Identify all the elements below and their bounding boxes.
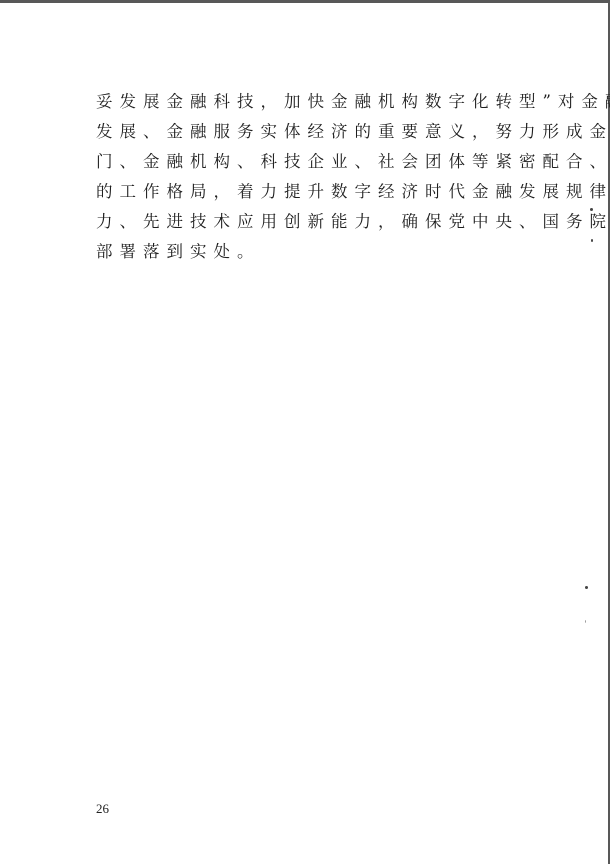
body-paragraph: 妥发展金融科技，加快金融机构数字化转型”对金融高质量 发展、金融服务实体经济的重… xyxy=(96,87,526,267)
page-number: 26 xyxy=(96,801,109,817)
paragraph-line: 的工作格局，着力提升数字经济时代金融发展规律把握能 xyxy=(96,177,526,207)
paragraph-line: 发展、金融服务实体经济的重要意义，努力形成金融管理部 xyxy=(96,117,526,147)
scan-speck xyxy=(585,586,588,589)
paragraph-line: 门、金融机构、科技企业、社会团体等紧密配合、协同高效 xyxy=(96,147,526,177)
scan-speck xyxy=(590,208,593,211)
scan-speck xyxy=(585,620,586,623)
paragraph-line: 部署落到实处。 xyxy=(96,237,526,267)
scan-speck xyxy=(591,239,593,242)
paragraph-line: 力、先进技术应用创新能力，确保党中央、国务院相关决策 xyxy=(96,207,526,237)
document-page: 妥发展金融科技，加快金融机构数字化转型”对金融高质量 发展、金融服务实体经济的重… xyxy=(0,3,608,864)
paragraph-line: 妥发展金融科技，加快金融机构数字化转型”对金融高质量 xyxy=(96,87,526,117)
